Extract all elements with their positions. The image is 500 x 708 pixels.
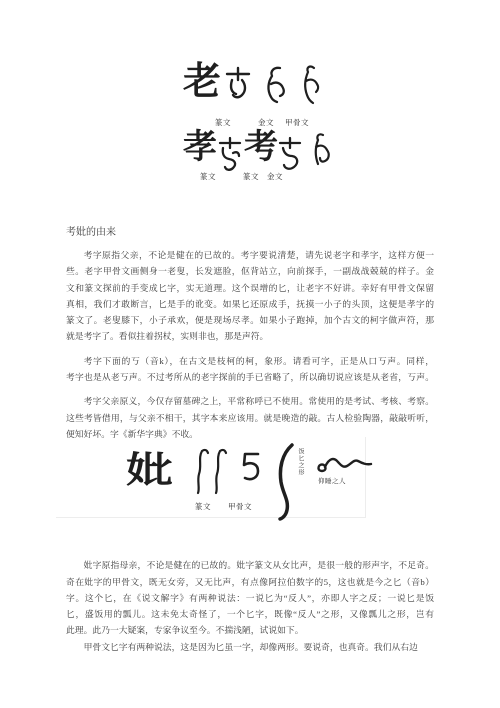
paragraph-line: 字。这个匕，在《说文解字》有两种说法：一说匕为“反人”，亦即人字之反；一说匕是饭 [66, 590, 434, 606]
brush-bi-character: 妣 [126, 452, 173, 488]
paragraph-line: 奇在妣字的甲骨文，既无女旁，又无比声，有点像阿拉伯数字的5，这也就是今之匕（音b… [66, 574, 434, 590]
paragraph-line: 此理。此乃一大疑案，专家争议至今。不揣浅陋，试说如下。 [66, 622, 434, 638]
seal-script-lao-glyph [222, 65, 254, 105]
page-title: 考妣的由来 [66, 226, 434, 239]
paragraph-line: 考字下面的丂（音k），在古文是枝柯的柯，象形。请看可字，正是从口丂声。同样， [66, 353, 434, 369]
script-label: 金文 [267, 171, 283, 182]
paragraph-line: 就是考字了。看似拄着拐杖，实则非也，那是声符。 [66, 328, 434, 344]
paragraph: 考字父亲原义，今仅存留墓碑之上，平常称呼已不使用。常使用的是考试、考核、考察。 … [66, 393, 434, 442]
figure-bi-scripts: 妣 饭匕之形 仰睡之人 篆文 甲骨文 [66, 444, 434, 540]
paragraph-line: 考字也是从老丂声。不过考所从的老字探前的手已省略了，所以确切说应该是从老省，丂声… [66, 369, 434, 385]
paragraph: 考字下面的丂（音k），在古文是枝柯的柯，象形。请看可字，正是从口丂声。同样， 考… [66, 353, 434, 386]
script-label: 甲骨文 [285, 117, 309, 128]
paragraph: 甲骨文匕字有两种说法，这是因为匕虽一字，却像两形。要说奇，也真奇。我们从右边 [66, 639, 434, 655]
paragraph-line: 文和篆文探前的手变成匕字，实无道理。这个误增的匕，让老字不好讲。幸好有甲骨文保留 [66, 280, 434, 296]
script-label: 金文 [258, 117, 274, 128]
seal-script-kao-glyph [275, 135, 305, 175]
seal-script-xiao-glyph [215, 135, 245, 175]
script-label: 篆文 [195, 501, 211, 512]
document-page: 老 篆文 金文 甲骨文 孝 考 篆文 篆文 金文 考妣的由来 考字原指父亲，不论… [66, 57, 434, 655]
spoon-bi-stroke-glyph [272, 442, 298, 522]
script-label: 甲骨文 [228, 501, 252, 512]
modern-xiao-character: 孝 [183, 131, 217, 165]
modern-lao-character: 老 [183, 63, 221, 101]
paragraph-line: 妣字原指母亲，不论是健在的已故的。妣字篆文从女比声，是很一般的形声字，不足奇。 [66, 557, 434, 573]
spoon-shape-annotation: 饭匕之形 [296, 448, 305, 500]
script-label: 篆文 [215, 117, 231, 128]
paragraph-line: 考字父亲原义，今仅存留墓碑之上，平常称呼已不使用。常使用的是考试、考核、考察。 [66, 393, 434, 409]
numeral-five-shape-glyph [238, 450, 264, 486]
paragraph-line: 篆文了。老叟膝下，小子承欢，便是现场尽孝。如果小子跑掉，加个古文的柯字做声符，那 [66, 312, 434, 328]
paragraph: 考字原指父亲，不论是健在的已故的。考字要说清楚，请先说老字和孝字，这样方便一 些… [66, 247, 434, 345]
oracle-bone-lao-glyph [294, 63, 322, 107]
modern-kao-character: 考 [244, 131, 278, 165]
paragraph-line: 考字原指父亲，不论是健在的已故的。考字要说清楚，请先说老字和孝字，这样方便一 [66, 247, 434, 263]
paragraph: 妣字原指母亲，不论是健在的已故的。妣字篆文从女比声，是很一般的形声字，不足奇。 … [66, 557, 434, 638]
paragraph-line: 甲骨文匕字有两种说法，这是因为匕虽一字，却像两形。要说奇，也真奇。我们从右边 [66, 639, 434, 655]
script-label: 篆文 [243, 171, 259, 182]
sleeping-person-annotation: 仰睡之人 [318, 476, 346, 485]
oracle-bone-kao-glyph [304, 131, 332, 175]
bronze-script-lao-glyph [259, 64, 289, 106]
oracle-bone-bi-glyph [190, 446, 234, 496]
paragraph-line: 真相，我们才敢断言，匕是手的讹变。如果匕还原成手，抚摸一小子的头顶，这便是孝字的 [66, 296, 434, 312]
figure-lao-kao-scripts: 老 篆文 金文 甲骨文 孝 考 篆文 篆文 金文 [66, 57, 434, 185]
script-label: 篆文 [200, 171, 216, 182]
paragraph-line: 些。老字甲骨文画侧身一老叟，长发遮脸，伛背站立，向前探手，一副战战兢兢的样子。金 [66, 263, 434, 279]
paragraph-line: 这些考皆借用，与父亲不相干，其字本来应该用。就是晚造的敲。古人检验陶器，敲敲听听… [66, 410, 434, 426]
paragraph-line: 匕，盛饭用的瓢儿。这未免太奇怪了，一个匕字，既像“反人”之形，又像瓢儿之形，岂有 [66, 606, 434, 622]
